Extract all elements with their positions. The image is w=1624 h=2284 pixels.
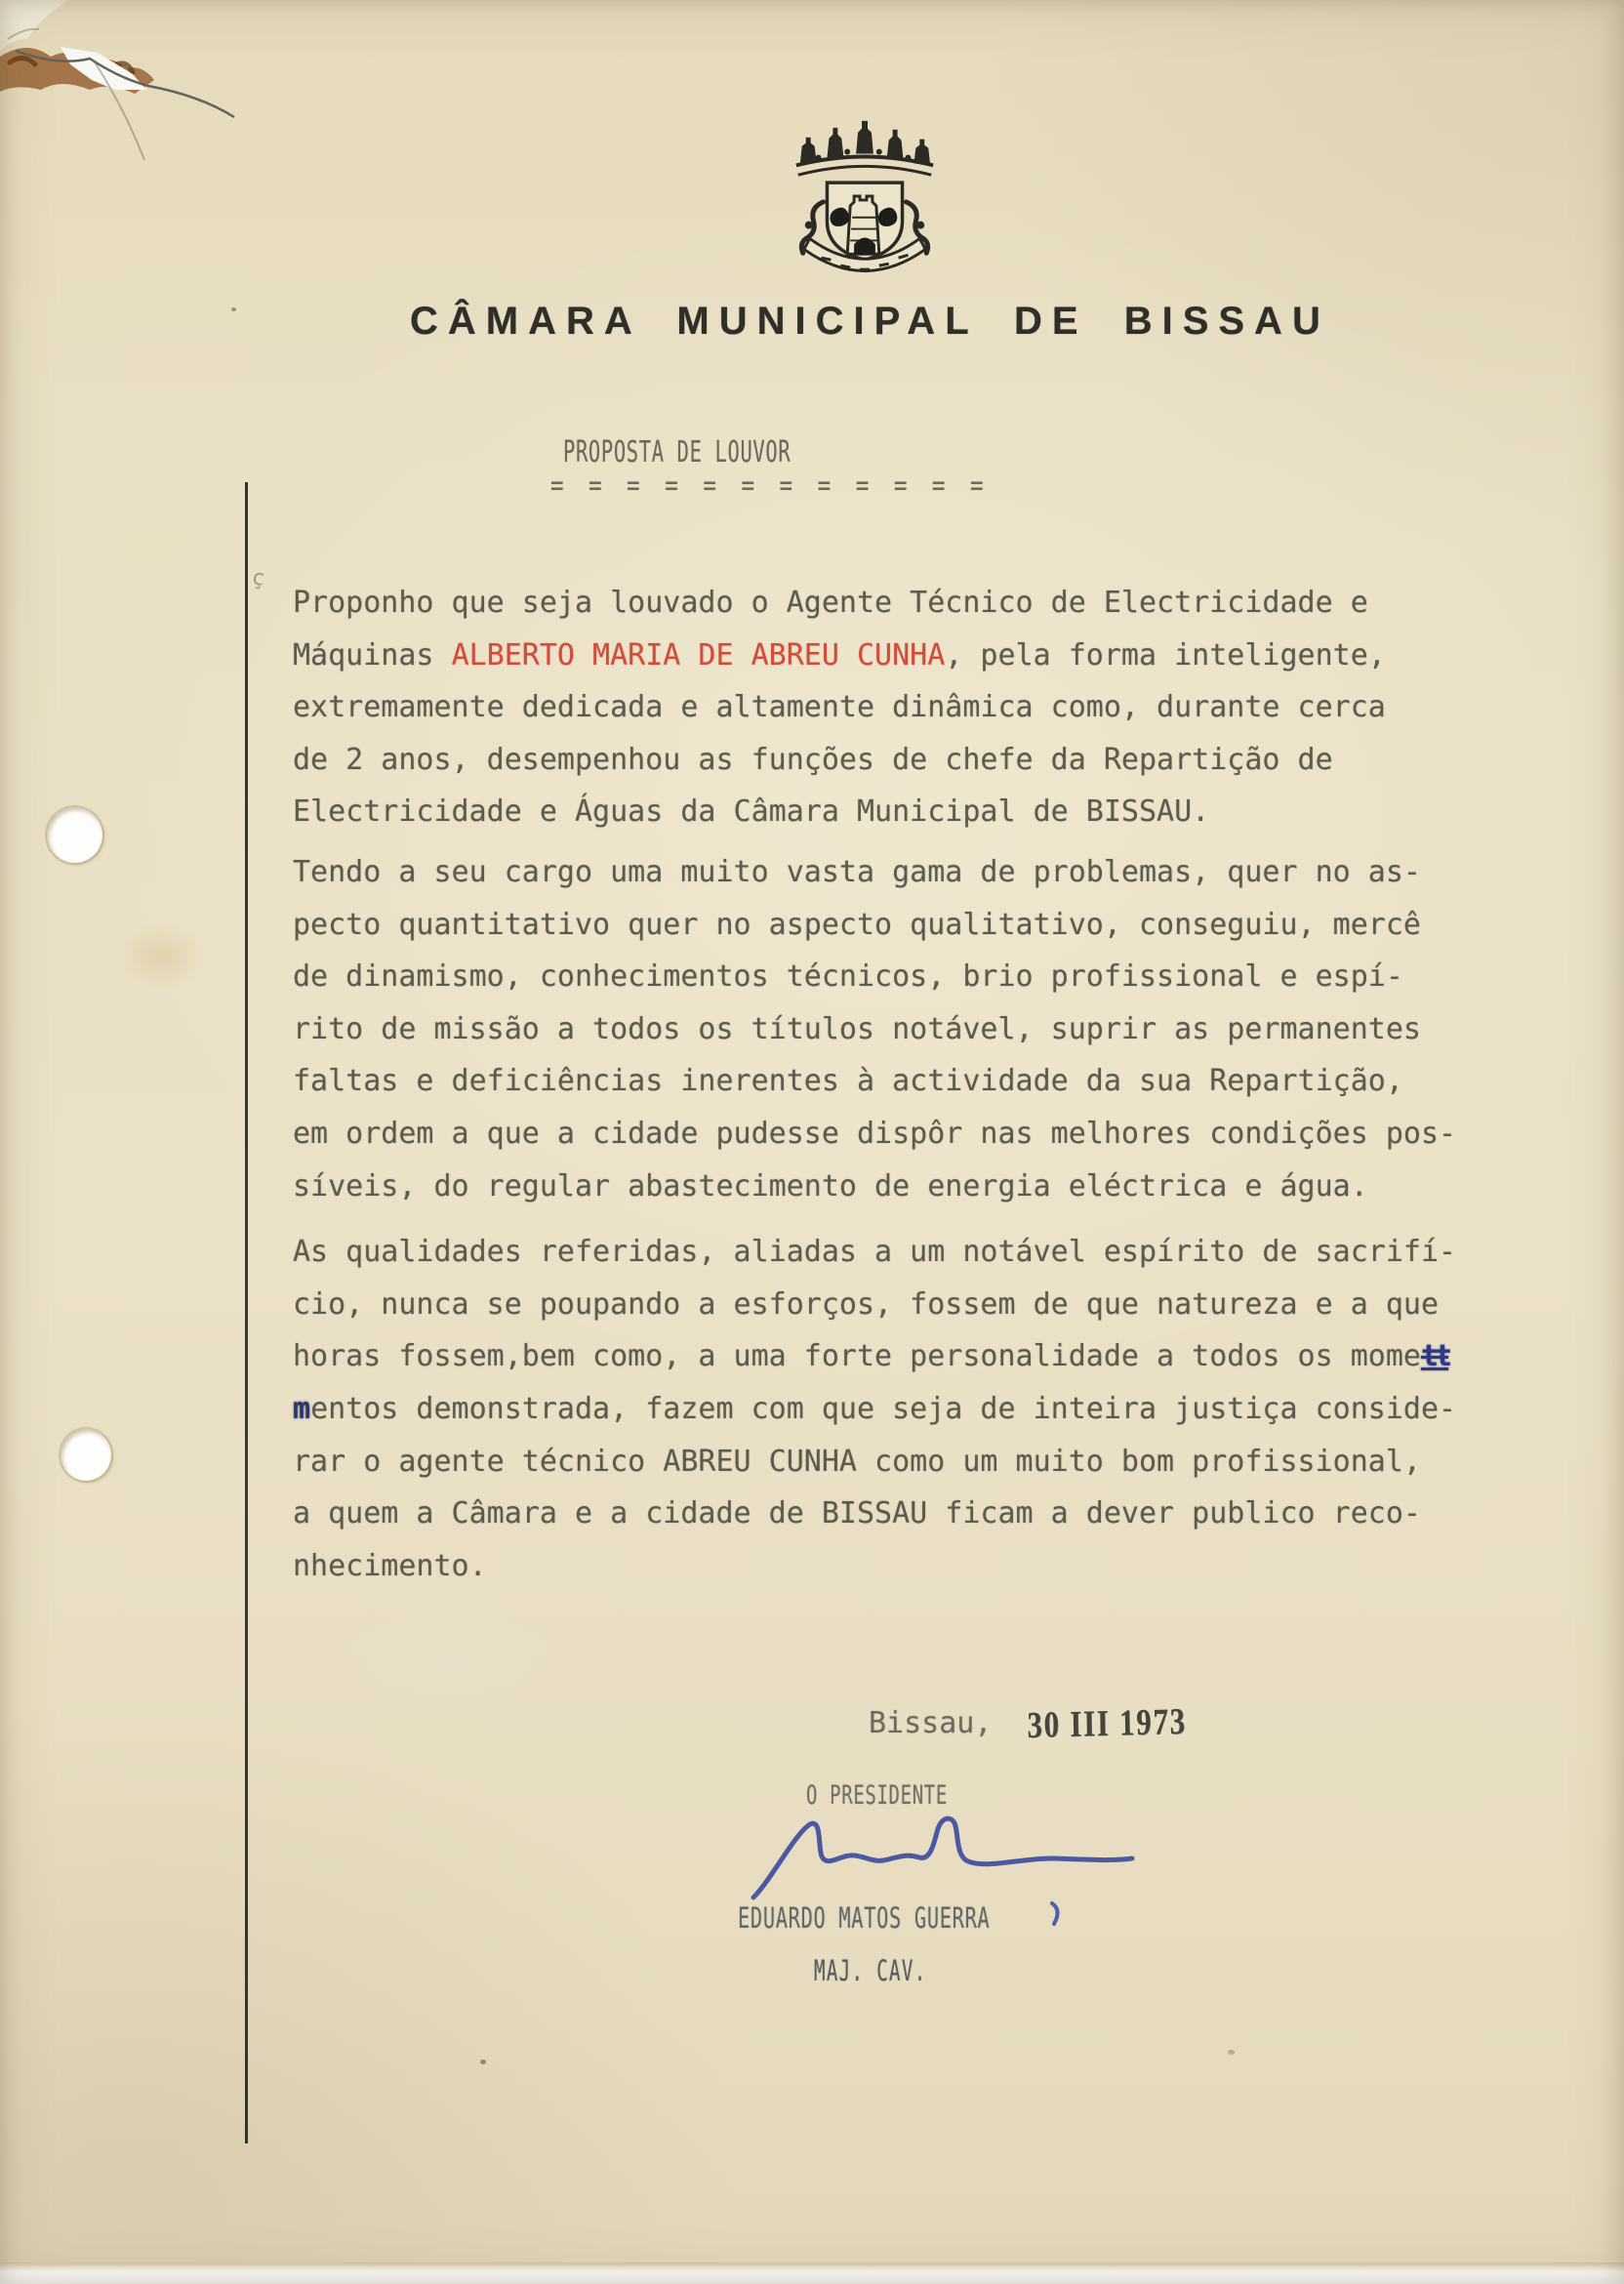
text-segment: horas fossem,bem como, a uma forte perso…	[293, 1339, 1421, 1373]
stray-mark: ç	[250, 565, 266, 591]
text-segment: Tendo a seu cargo uma muito vasta gama d…	[293, 855, 1421, 889]
text-segment: a quem a Câmara e a cidade de BISSAU fic…	[293, 1496, 1421, 1530]
text-segment: rar o agente técnico ABREU CUNHA como um…	[293, 1445, 1421, 1479]
body-line: Proponho que seja louvado o Agente Técni…	[293, 586, 1522, 638]
body-line: mentos demonstrada, fazem com que seja d…	[293, 1392, 1522, 1445]
text-segment: tt	[1421, 1339, 1448, 1373]
paragraph: As qualidades referidas, aliadas a um no…	[293, 1235, 1522, 1601]
text-segment: entos demonstrada, fazem com que seja de…	[310, 1392, 1456, 1426]
text-segment: cio, nunca se poupando a esforços, fosse…	[293, 1287, 1439, 1322]
text-segment: rito de missão a todos os títulos notáve…	[293, 1012, 1421, 1046]
letter-body: Proponho que seja louvado o Agente Técni…	[293, 586, 1522, 1601]
text-segment: Máquinas	[293, 638, 452, 673]
paragraph: Tendo a seu cargo uma muito vasta gama d…	[293, 855, 1522, 1221]
document-title: PROPOSTA DE LOUVOR	[563, 435, 791, 469]
body-line: pecto quantitativo quer no aspecto quali…	[293, 908, 1522, 960]
body-line: extremamente dedicada e altamente dinâmi…	[293, 690, 1522, 743]
text-segment: em ordem a que a cidade pudesse dispôr n…	[293, 1117, 1456, 1151]
document-title-underline: = = = = = = = = = = = =	[550, 469, 990, 503]
paper-speck	[480, 2060, 486, 2064]
text-segment: de dinamismo, conhecimentos técnicos, br…	[293, 959, 1403, 994]
torn-corner-artifact	[0, 0, 312, 215]
body-line: rar o agente técnico ABREU CUNHA como um…	[293, 1445, 1522, 1497]
paragraph: Proponho que seja louvado o Agente Técni…	[293, 586, 1522, 847]
body-line: a quem a Câmara e a cidade de BISSAU fic…	[293, 1496, 1522, 1549]
paper-stain	[117, 922, 205, 991]
punch-hole	[61, 1429, 111, 1481]
honoree-name-red: ALBERTO MARIA DE ABREU CUNHA	[452, 638, 946, 673]
body-line: Máquinas ALBERTO MARIA DE ABREU CUNHA, p…	[293, 638, 1522, 691]
body-line: de dinamismo, conhecimentos técnicos, br…	[293, 959, 1522, 1012]
text-segment: pecto quantitativo quer no aspecto quali…	[293, 908, 1421, 942]
body-line: síveis, do regular abastecimento de ener…	[293, 1169, 1522, 1222]
body-line: faltas e deficiências inerentes à activi…	[293, 1064, 1522, 1117]
text-segment: síveis, do regular abastecimento de ener…	[293, 1169, 1368, 1203]
text-segment: m	[293, 1392, 310, 1426]
coat-of-arms	[783, 113, 947, 275]
place-line: Bissau,	[869, 1706, 992, 1740]
text-segment: extremamente dedicada e altamente dinâmi…	[293, 690, 1386, 724]
text-segment: faltas e deficiências inerentes à activi…	[293, 1064, 1403, 1098]
text-segment: As qualidades referidas, aliadas a um no…	[293, 1235, 1456, 1269]
text-segment: nhecimento.	[293, 1549, 487, 1583]
paper-crease-highlight	[322, 1601, 576, 1718]
margin-rule	[245, 482, 248, 2143]
body-line: nhecimento.	[293, 1549, 1522, 1602]
body-line: horas fossem,bem como, a uma forte perso…	[293, 1339, 1522, 1392]
body-line: cio, nunca se poupando a esforços, fosse…	[293, 1287, 1522, 1340]
body-line: As qualidades referidas, aliadas a um no…	[293, 1235, 1522, 1287]
punch-hole	[47, 807, 102, 863]
president-name-stamp: EDUARDO MATOS GUERRA	[738, 1901, 990, 1935]
president-rank-stamp: MAJ. CAV.	[814, 1954, 927, 1987]
text-segment: Electricidade e Águas da Câmara Municipa…	[293, 795, 1209, 829]
body-line: rito de missão a todos os títulos notáve…	[293, 1012, 1522, 1065]
paper-speck	[1228, 2050, 1235, 2055]
body-line: Tendo a seu cargo uma muito vasta gama d…	[293, 855, 1522, 908]
text-segment: de 2 anos, desempenhou as funções de che…	[293, 743, 1333, 777]
scanned-document-page: CÂMARA MUNICIPAL DE BISSAU PROPOSTA DE L…	[0, 0, 1624, 2284]
body-line: Electricidade e Águas da Câmara Municipa…	[293, 795, 1522, 847]
scan-bottom-edge	[0, 2263, 1624, 2284]
text-segment: , pela forma inteligente,	[945, 638, 1386, 673]
organization-name: CÂMARA MUNICIPAL DE BISSAU	[410, 300, 1330, 344]
body-line: de 2 anos, desempenhou as funções de che…	[293, 743, 1522, 795]
tower-icon	[847, 196, 879, 254]
body-line: em ordem a que a cidade pudesse dispôr n…	[293, 1117, 1522, 1169]
text-segment: Proponho que seja louvado o Agente Técni…	[293, 586, 1368, 620]
mural-crown-icon	[796, 121, 933, 175]
date-stamp: 30 III 1973	[1027, 1700, 1187, 1747]
paper-speck	[231, 307, 236, 311]
